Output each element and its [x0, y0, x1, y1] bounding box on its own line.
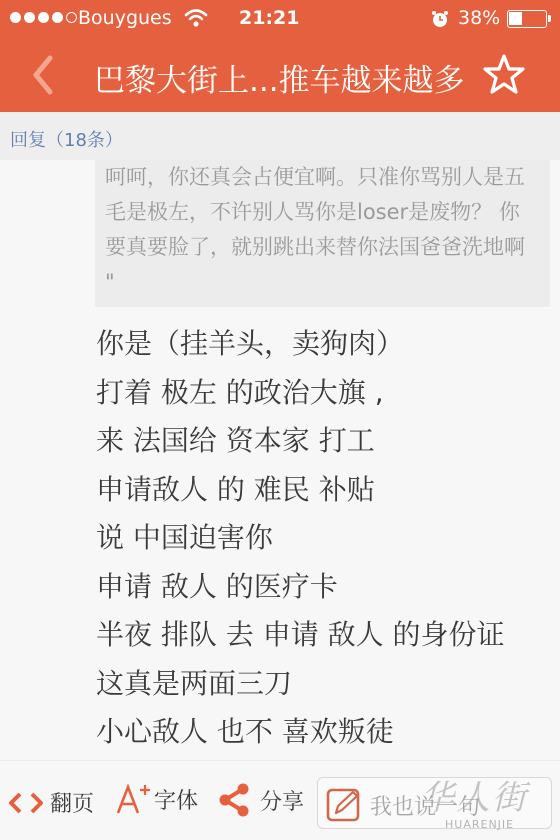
body-line: 这真是两面三刀 [96, 660, 505, 709]
watermark-text: HUARENJIE [445, 818, 514, 831]
alarm-icon [430, 9, 450, 34]
clock: 21:21 [239, 7, 299, 29]
reply-count-bar: 回复（18条） [0, 112, 560, 160]
battery-tip [548, 15, 551, 22]
back-button[interactable] [24, 52, 64, 98]
reply-count-link[interactable]: 回复（18条） [10, 126, 123, 152]
font-size-button[interactable]: 字体 [116, 783, 198, 815]
battery-icon [507, 10, 547, 28]
body-line: 来 法国给 资本家 打工 [96, 417, 505, 466]
share-label: 分享 [260, 785, 304, 816]
body-line: 你是（挂羊头，卖狗肉） [96, 320, 505, 369]
navigation-bar: 巴黎大街上...推车越来越多 [0, 38, 560, 112]
favorite-button[interactable] [482, 52, 526, 100]
page-turn-button[interactable]: 翻页 [8, 787, 94, 818]
edit-pencil-icon [326, 787, 362, 827]
chevron-left-icon [24, 52, 64, 98]
body-line: 小心敌人 也不 喜欢叛徒 [96, 708, 505, 757]
font-size-label: 字体 [154, 784, 198, 815]
battery-percent: 38% [458, 7, 500, 29]
body-line: 申请敌人 的 难民 补贴 [96, 466, 505, 515]
body-line: 申请 敌人 的医疗卡 [96, 563, 505, 612]
page-turn-label: 翻页 [50, 787, 94, 818]
body-line: 半夜 排队 去 申请 敌人 的身份证 [96, 611, 505, 660]
font-size-icon [116, 783, 152, 815]
carrier-name: Bouygues [78, 7, 172, 29]
body-line: 说 中国迫害你 [96, 514, 505, 563]
app-header: Bouygues 21:21 38% 巴黎大街上...推车越来越多 [0, 0, 560, 112]
star-outline-icon [482, 52, 526, 96]
post-content: 呵呵，你还真会占便宜啊。只准你骂别人是五毛是极左，不许别人骂你是loser是废物… [0, 160, 560, 760]
body-line: 打着 极左 的政治大旗 , [96, 369, 505, 418]
wifi-icon [184, 8, 208, 33]
post-body: 你是（挂羊头，卖狗肉） 打着 极左 的政治大旗 , 来 法国给 资本家 打工 申… [96, 320, 505, 757]
share-button[interactable]: 分享 [218, 783, 304, 817]
code-brackets-icon [8, 791, 44, 815]
watermark-logo: 华人街 [420, 770, 528, 819]
status-bar: Bouygues 21:21 38% [0, 0, 560, 38]
quote-text: 呵呵，你还真会占便宜啊。只准你骂别人是五毛是极左，不许别人骂你是loser是废物… [105, 160, 540, 300]
share-icon [218, 783, 250, 817]
page-title: 巴黎大街上...推车越来越多 [94, 55, 465, 100]
signal-strength-icon [10, 12, 77, 23]
quoted-reply: 呵呵，你还真会占便宜啊。只准你骂别人是五毛是极左，不许别人骂你是loser是废物… [95, 160, 550, 307]
